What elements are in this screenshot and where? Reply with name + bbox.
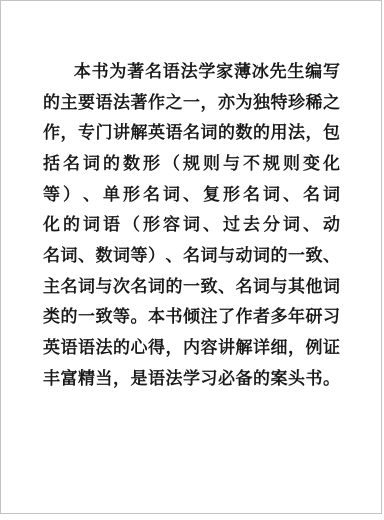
text-char: 等 [131,248,148,265]
text-char: 著 [127,64,144,81]
text-char: 与 [218,248,235,265]
book-description-paragraph: 本书为著名语法学家薄冰先生编写的主要语法著作之一，亦为独特珍稀之作，专门讲解英语… [43,57,340,395]
text-char: 语 [61,340,78,357]
text-char: 词 [323,187,340,204]
text-char: 词 [183,217,200,234]
text-char: 为 [236,95,253,112]
text-char: 头 [288,371,305,388]
text-char: 一 [288,248,305,265]
text-char: 名 [131,279,148,296]
text-char: 、 [78,248,95,265]
text-char: 独 [253,95,270,112]
text-char: 之 [323,95,340,112]
text-char: 致 [306,248,323,265]
page: 本书为著名语法学家薄冰先生编写的主要语法著作之一，亦为独特珍稀之作，专门讲解英语… [0,0,384,520]
text-char: 者 [253,309,270,326]
text-char: 形 [143,217,160,234]
text-char: 名 [303,187,320,204]
text-char: 名 [243,187,260,204]
text-line: 丰富精当，是语法学习必备的案头书。 [43,364,340,395]
text-char: 当 [96,371,113,388]
text-char: 写 [323,64,340,81]
text-char: 不 [243,156,260,173]
text-char: 、 [183,187,200,204]
text-char: 词 [283,217,300,234]
text-char: 数 [96,248,113,265]
text-line: 类的一致等。本书倾注了作者多年研习 [43,303,340,334]
text-char: 的 [271,248,288,265]
text-char: 作 [43,125,60,142]
text-char: 、 [283,187,300,204]
text-char: 一 [78,309,95,326]
text-char: 的 [218,125,235,142]
text-char: （ [163,156,180,173]
text-char: 主 [43,279,60,296]
text-char: 编 [305,64,322,81]
text-char: 词 [201,248,218,265]
text-char: 词 [163,187,180,204]
text-char: 语 [166,125,183,142]
text-char: 的 [103,156,120,173]
text-char: 法 [166,371,183,388]
text-char: 得 [148,340,165,357]
text-line: 英语语法的心得，内容讲解详细，例证 [43,333,340,364]
text-char: 特 [271,95,288,112]
text-char: 容 [163,217,180,234]
text-char: 案 [271,371,288,388]
text-char: 词 [201,125,218,142]
text-char: 、 [203,217,220,234]
text-char: 必 [218,371,235,388]
text-char: 词 [83,156,100,173]
text-char: ） [148,248,165,265]
text-line: 化的词语（形容词、过去分词、动 [43,210,340,241]
text-char: 的 [43,95,60,112]
text-char: 的 [253,125,270,142]
text-char: 、 [218,279,235,296]
text-char: 作 [148,95,165,112]
text-char: 词 [263,187,280,204]
text-char: 本 [74,64,91,81]
text-char: 化 [43,217,60,234]
text-char: 英 [148,125,165,142]
text-char: 、 [303,217,320,234]
text-char: 要 [78,95,95,112]
text-char: 主 [61,95,78,112]
text-char: 解 [131,125,148,142]
text-char: 括 [43,156,60,173]
text-char: 与 [271,279,288,296]
text-char: 门 [96,125,113,142]
text-char: 研 [306,309,323,326]
text-char: 法 [113,95,130,112]
text-char: 词 [78,279,95,296]
text-char: 致 [201,279,218,296]
text-char: 用 [271,125,288,142]
text-line: 括名词的数形（规则与不规则变化 [43,149,340,180]
text-char: 备 [236,371,253,388]
text-char: 单 [103,187,120,204]
text-char: 年 [288,309,305,326]
text-char: 一 [183,279,200,296]
text-char: 英 [43,340,60,357]
text-char: 语 [163,64,180,81]
text-char: 容 [201,340,218,357]
text-char: 、 [83,187,100,204]
text-char: 数 [236,125,253,142]
text-char: 的 [113,340,130,357]
text-line: 的主要语法著作之一，亦为独特珍稀之 [43,88,340,119]
text-char: 名 [143,187,160,204]
text-char: 化 [323,156,340,173]
text-char: 类 [43,309,60,326]
text-char: 次 [113,279,130,296]
text-char: 书 [306,371,323,388]
text-char: 名 [61,279,78,296]
text-char: ， [61,125,78,142]
text-char: 证 [323,340,340,357]
text-char: 学 [183,371,200,388]
text-char: 注 [201,309,218,326]
text-char: 则 [283,156,300,173]
text-char: ， [166,340,183,357]
text-char: 复 [203,187,220,204]
text-char: 、 [166,248,183,265]
text-char: 详 [253,340,270,357]
text-char: 法 [288,125,305,142]
text-char: 一 [183,95,200,112]
text-char: 的 [166,279,183,296]
text-char: 多 [271,309,288,326]
text-char: 作 [236,309,253,326]
text-char: 。 [323,371,340,388]
text-char: 词 [61,248,78,265]
text-char: 去 [243,217,260,234]
text-char: 名 [43,248,60,265]
text-char: 心 [131,340,148,357]
text-char: 分 [263,217,280,234]
text-char: 语 [103,217,120,234]
text-char: 先 [270,64,287,81]
text-char: ， [113,371,130,388]
text-line: 等）、单形名词、复形名词、名词 [43,180,340,211]
text-char: 精 [78,371,95,388]
text-char: 他 [306,279,323,296]
text-char: 书 [166,309,183,326]
text-char: 细 [271,340,288,357]
text-char: ） [63,187,80,204]
text-char: 动 [236,248,253,265]
text-char: 珍 [288,95,305,112]
text-char: 生 [287,64,304,81]
text-char: 家 [216,64,233,81]
text-char: 亦 [218,95,235,112]
text-char: 本 [148,309,165,326]
text-char: 其 [288,279,305,296]
text-char: 名 [183,125,200,142]
text-char: 名 [145,64,162,81]
text-char: ， [288,340,305,357]
text-char: 学 [198,64,215,81]
text-char: 形 [143,156,160,173]
text-char: 习 [323,309,340,326]
text-line: 作，专门讲解英语名词的数的用法，包 [43,118,340,149]
text-char: 变 [303,156,320,173]
text-char: 例 [306,340,323,357]
text-char: 词 [113,248,130,265]
text-char: 讲 [113,125,130,142]
text-char: 冰 [252,64,269,81]
text-char: 著 [131,95,148,112]
text-char: 规 [183,156,200,173]
text-char: 名 [183,248,200,265]
text-char: 内 [183,340,200,357]
text-char: ， [201,95,218,112]
text-char: 与 [96,279,113,296]
text-char: 与 [223,156,240,173]
text-char: 词 [253,248,270,265]
text-char: 词 [323,279,340,296]
text-char: 动 [323,217,340,234]
text-char: 富 [61,371,78,388]
text-char: 是 [131,371,148,388]
text-line: 本书为著名语法学家薄冰先生编写 [43,57,340,88]
text-char: 法 [96,340,113,357]
text-char: 的 [253,371,270,388]
text-char: 等 [113,309,130,326]
text-line: 主名词与次名词的一致、名词与其他词 [43,272,340,303]
text-char: 语 [148,371,165,388]
text-char: 规 [263,156,280,173]
text-char: 。 [131,309,148,326]
text-char: （ [123,217,140,234]
text-char: 法 [181,64,198,81]
text-char: 等 [43,187,60,204]
text-char: 的 [63,217,80,234]
text-char: 数 [123,156,140,173]
text-char: 习 [201,371,218,388]
text-char: 为 [109,64,126,81]
text-char: 形 [123,187,140,204]
text-char: 包 [323,125,340,142]
text-char: 词 [148,279,165,296]
text-char: 的 [61,309,78,326]
text-char: 了 [218,309,235,326]
text-char: 名 [63,156,80,173]
text-char: 致 [96,309,113,326]
text-char: 讲 [218,340,235,357]
text-char: 名 [236,279,253,296]
text-char: 词 [83,217,100,234]
text-char: 专 [78,125,95,142]
text-char: 书 [92,64,109,81]
text-char: 之 [166,95,183,112]
text-line: 名词、数词等）、名词与动词的一致、 [43,241,340,272]
text-char: 语 [78,340,95,357]
text-char: 语 [96,95,113,112]
text-char: 稀 [306,95,323,112]
text-char: 词 [253,279,270,296]
text-char: 解 [236,340,253,357]
text-char: 、 [323,248,340,265]
text-char: 形 [223,187,240,204]
text-char: 倾 [183,309,200,326]
text-char: ， [306,125,323,142]
text-char: 丰 [43,371,60,388]
text-char: 过 [223,217,240,234]
text-char: 薄 [234,64,251,81]
text-char: 则 [203,156,220,173]
